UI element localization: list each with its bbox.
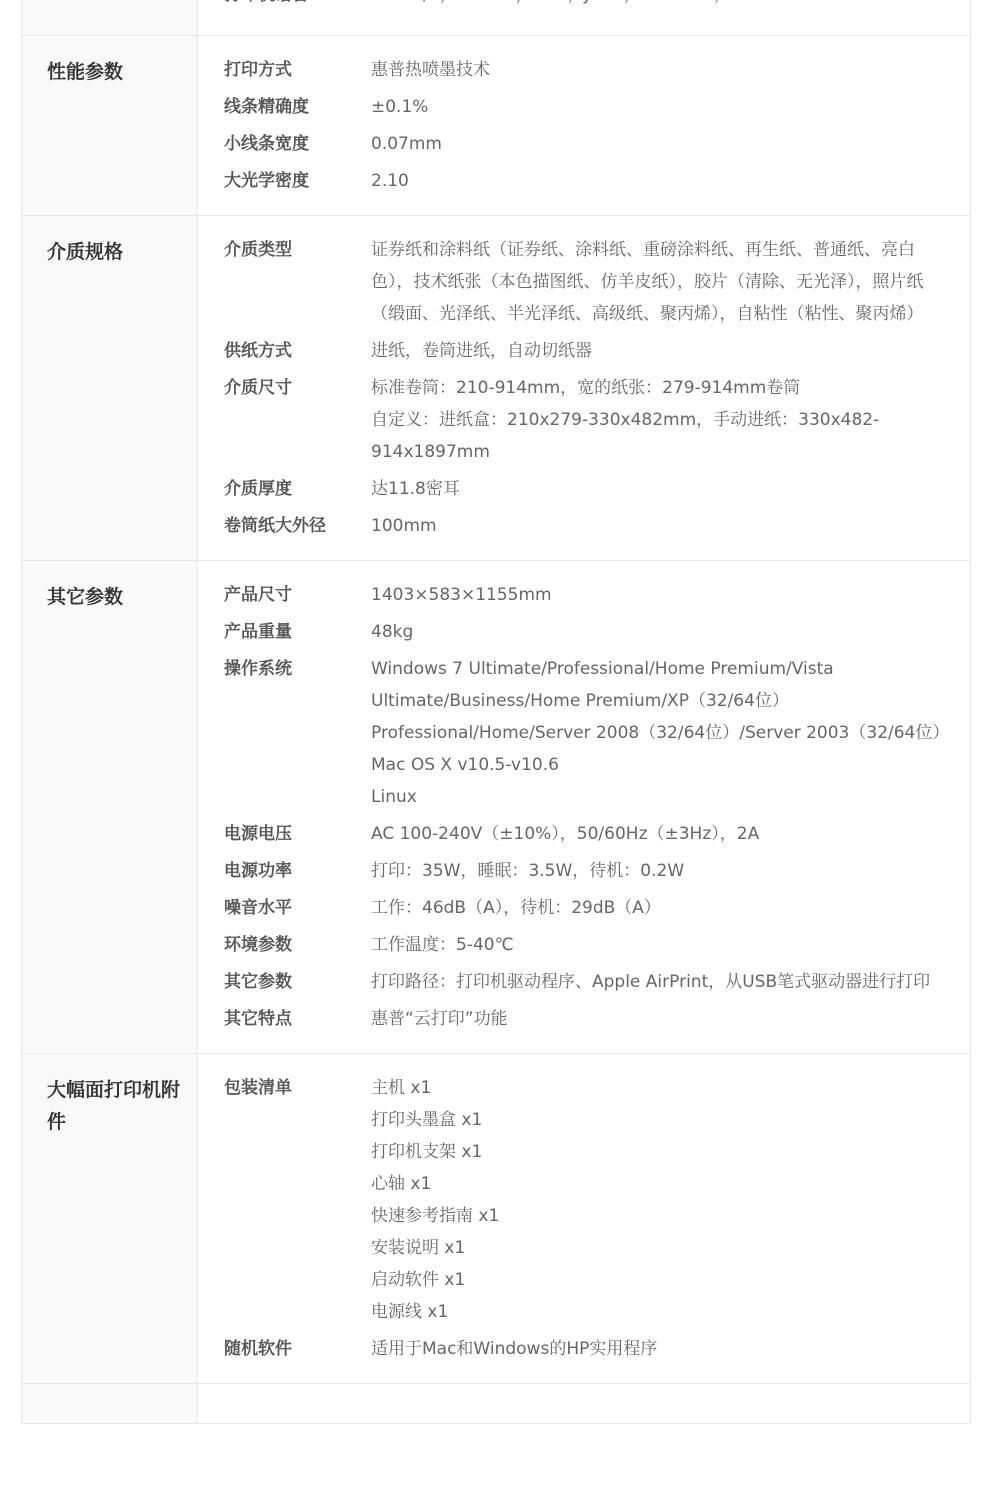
- spec-value: 惠普“云打印”功能: [371, 1003, 970, 1035]
- spec-value: 工作：46dB（A），待机：29dB（A）: [371, 892, 970, 924]
- spec-value: 工作温度：5-40℃: [371, 929, 970, 961]
- spec-label: 介质厚度: [198, 473, 371, 505]
- spec-section: 其它参数产品尺寸1403×583×1155mm产品重量48kg操作系统Windo…: [22, 561, 971, 1054]
- spec-label: 打印机语言: [198, 0, 371, 11]
- spec-value-line: 惠普热喷墨技术: [371, 54, 946, 86]
- spec-value: ±0.1%: [371, 91, 970, 123]
- spec-label: 介质尺寸: [198, 372, 371, 468]
- spec-section: 打印机语言HP-GL/2，HP RTL，TIFF，JPEG，CALS G4，HP…: [22, 0, 971, 36]
- section-items: [198, 1384, 971, 1424]
- spec-label: 线条精确度: [198, 91, 371, 123]
- spec-label: 卷筒纸大外径: [198, 510, 371, 542]
- spec-section: 大幅面打印机附件包装清单主机 x1打印头墨盒 x1打印机支架 x1心轴 x1快速…: [22, 1054, 971, 1384]
- spec-value: 2.10: [371, 165, 970, 197]
- spec-value-line: 主机 x1: [371, 1072, 946, 1104]
- spec-value-line: 0.07mm: [371, 128, 946, 160]
- spec-row: 其它特点惠普“云打印”功能: [198, 1003, 970, 1035]
- spec-label: 环境参数: [198, 929, 371, 961]
- spec-value-line: 2.10: [371, 165, 946, 197]
- section-items: 产品尺寸1403×583×1155mm产品重量48kg操作系统Windows 7…: [198, 561, 971, 1054]
- spec-value-line: 进纸，卷筒进纸，自动切纸器: [371, 335, 946, 367]
- spec-value-line: ±0.1%: [371, 91, 946, 123]
- spec-value-line: AC 100-240V（±10%），50/60Hz（±3Hz），2A: [371, 818, 946, 850]
- section-category: [22, 1384, 198, 1424]
- spec-value-line: 1403×583×1155mm: [371, 579, 946, 611]
- section-items: 介质类型证券纸和涂料纸（证券纸、涂料纸、重磅涂料纸、再生纸、普通纸、亮白色），技…: [198, 216, 971, 561]
- spec-row: 介质厚度达11.8密耳: [198, 473, 970, 505]
- spec-value-line: 48kg: [371, 616, 946, 648]
- section-items: 包装清单主机 x1打印头墨盒 x1打印机支架 x1心轴 x1快速参考指南 x1安…: [198, 1054, 971, 1384]
- spec-row: 供纸方式进纸，卷筒进纸，自动切纸器: [198, 335, 970, 367]
- spec-label: 小线条宽度: [198, 128, 371, 160]
- section-category: 其它参数: [22, 561, 198, 1054]
- spec-section: 介质规格介质类型证券纸和涂料纸（证券纸、涂料纸、重磅涂料纸、再生纸、普通纸、亮白…: [22, 216, 971, 561]
- spec-label: 供纸方式: [198, 335, 371, 367]
- spec-value: AC 100-240V（±10%），50/60Hz（±3Hz），2A: [371, 818, 970, 850]
- spec-row: 电源电压AC 100-240V（±10%），50/60Hz（±3Hz），2A: [198, 818, 970, 850]
- spec-label: 噪音水平: [198, 892, 371, 924]
- section-category: 介质规格: [22, 216, 198, 561]
- spec-row: 噪音水平工作：46dB（A），待机：29dB（A）: [198, 892, 970, 924]
- spec-table: 打印机语言HP-GL/2，HP RTL，TIFF，JPEG，CALS G4，HP…: [21, 0, 971, 1424]
- spec-value: Windows 7 Ultimate/Professional/Home Pre…: [371, 653, 970, 813]
- spec-value: 0.07mm: [371, 128, 970, 160]
- spec-row: 打印方式惠普热喷墨技术: [198, 54, 970, 86]
- section-category: 性能参数: [22, 36, 198, 216]
- spec-value: 进纸，卷筒进纸，自动切纸器: [371, 335, 970, 367]
- section-items: 打印方式惠普热喷墨技术线条精确度±0.1%小线条宽度0.07mm大光学密度2.1…: [198, 36, 971, 216]
- spec-row: 卷筒纸大外径100mm: [198, 510, 970, 542]
- spec-value-line: 安装说明 x1: [371, 1232, 946, 1264]
- spec-value-line: 快速参考指南 x1: [371, 1200, 946, 1232]
- section-category: [22, 0, 198, 36]
- spec-value: 适用于Mac和Windows的HP实用程序: [371, 1333, 970, 1365]
- spec-row: 小线条宽度0.07mm: [198, 128, 970, 160]
- spec-label: 大光学密度: [198, 165, 371, 197]
- spec-value-line: 自定义：进纸盒：210x279-330x482mm，手动进纸：330x482-9…: [371, 404, 946, 468]
- spec-row: 随机软件适用于Mac和Windows的HP实用程序: [198, 1333, 970, 1365]
- section-items: 打印机语言HP-GL/2，HP RTL，TIFF，JPEG，CALS G4，HP…: [198, 0, 971, 36]
- spec-label: 包装清单: [198, 1072, 371, 1328]
- spec-value-line: Mac OS X v10.5-v10.6: [371, 749, 946, 781]
- spec-value: 1403×583×1155mm: [371, 579, 970, 611]
- spec-row: 介质类型证券纸和涂料纸（证券纸、涂料纸、重磅涂料纸、再生纸、普通纸、亮白色），技…: [198, 234, 970, 330]
- spec-value: 打印路径：打印机驱动程序、Apple AirPrint，从USB笔式驱动器进行打…: [371, 966, 970, 998]
- spec-value: 48kg: [371, 616, 970, 648]
- spec-value: 证券纸和涂料纸（证券纸、涂料纸、重磅涂料纸、再生纸、普通纸、亮白色），技术纸张（…: [371, 234, 970, 330]
- spec-row: 介质尺寸标准卷筒：210-914mm，宽的纸张：279-914mm卷筒自定义：进…: [198, 372, 970, 468]
- spec-value-line: 惠普“云打印”功能: [371, 1003, 946, 1035]
- spec-value-line: 工作：46dB（A），待机：29dB（A）: [371, 892, 946, 924]
- spec-section: [22, 1384, 971, 1424]
- spec-value-line: 100mm: [371, 510, 946, 542]
- spec-value-line: 证券纸和涂料纸（证券纸、涂料纸、重磅涂料纸、再生纸、普通纸、亮白色），技术纸张（…: [371, 234, 946, 330]
- spec-row: 其它参数打印路径：打印机驱动程序、Apple AirPrint，从USB笔式驱动…: [198, 966, 970, 998]
- spec-value-line: 达11.8密耳: [371, 473, 946, 505]
- section-category: 大幅面打印机附件: [22, 1054, 198, 1384]
- spec-row: 打印机语言HP-GL/2，HP RTL，TIFF，JPEG，CALS G4，HP…: [198, 0, 970, 11]
- spec-value-line: 标准卷筒：210-914mm，宽的纸张：279-914mm卷筒: [371, 372, 946, 404]
- spec-value-line: 打印头墨盒 x1: [371, 1104, 946, 1136]
- spec-label: 操作系统: [198, 653, 371, 813]
- spec-row: 产品尺寸1403×583×1155mm: [198, 579, 970, 611]
- spec-value: HP-GL/2，HP RTL，TIFF，JPEG，CALS G4，HP PCL …: [371, 0, 970, 11]
- spec-value: 标准卷筒：210-914mm，宽的纸张：279-914mm卷筒自定义：进纸盒：2…: [371, 372, 970, 468]
- spec-value-line: 心轴 x1: [371, 1168, 946, 1200]
- spec-label: 电源电压: [198, 818, 371, 850]
- spec-value-line: 启动软件 x1: [371, 1264, 946, 1296]
- spec-value: 达11.8密耳: [371, 473, 970, 505]
- spec-row: 包装清单主机 x1打印头墨盒 x1打印机支架 x1心轴 x1快速参考指南 x1安…: [198, 1072, 970, 1328]
- spec-value: 主机 x1打印头墨盒 x1打印机支架 x1心轴 x1快速参考指南 x1安装说明 …: [371, 1072, 970, 1328]
- spec-label: 打印方式: [198, 54, 371, 86]
- spec-section: 性能参数打印方式惠普热喷墨技术线条精确度±0.1%小线条宽度0.07mm大光学密…: [22, 36, 971, 216]
- spec-value-line: 工作温度：5-40℃: [371, 929, 946, 961]
- spec-row: 线条精确度±0.1%: [198, 91, 970, 123]
- spec-value: 打印：35W，睡眠：3.5W，待机：0.2W: [371, 855, 970, 887]
- spec-value-line: Windows 7 Ultimate/Professional/Home Pre…: [371, 653, 946, 749]
- spec-label: 产品尺寸: [198, 579, 371, 611]
- spec-label: 其它参数: [198, 966, 371, 998]
- spec-row: 大光学密度2.10: [198, 165, 970, 197]
- spec-value: 100mm: [371, 510, 970, 542]
- spec-value-line: 适用于Mac和Windows的HP实用程序: [371, 1333, 946, 1365]
- spec-value-line: Linux: [371, 781, 946, 813]
- spec-label: 产品重量: [198, 616, 371, 648]
- spec-value-line: 打印机支架 x1: [371, 1136, 946, 1168]
- spec-value-line: 打印路径：打印机驱动程序、Apple AirPrint，从USB笔式驱动器进行打…: [371, 966, 946, 998]
- spec-value-line: 打印：35W，睡眠：3.5W，待机：0.2W: [371, 855, 946, 887]
- spec-row: 电源功率打印：35W，睡眠：3.5W，待机：0.2W: [198, 855, 970, 887]
- spec-label: 随机软件: [198, 1333, 371, 1365]
- spec-row: 产品重量48kg: [198, 616, 970, 648]
- spec-row: 环境参数工作温度：5-40℃: [198, 929, 970, 961]
- spec-label: 其它特点: [198, 1003, 371, 1035]
- spec-value: 惠普热喷墨技术: [371, 54, 970, 86]
- spec-label: 电源功率: [198, 855, 371, 887]
- spec-label: 介质类型: [198, 234, 371, 330]
- spec-value-line: HP-GL/2，HP RTL，TIFF，JPEG，CALS G4，HP PCL …: [371, 0, 946, 11]
- spec-row: 操作系统Windows 7 Ultimate/Professional/Home…: [198, 653, 970, 813]
- spec-value-line: 电源线 x1: [371, 1296, 946, 1328]
